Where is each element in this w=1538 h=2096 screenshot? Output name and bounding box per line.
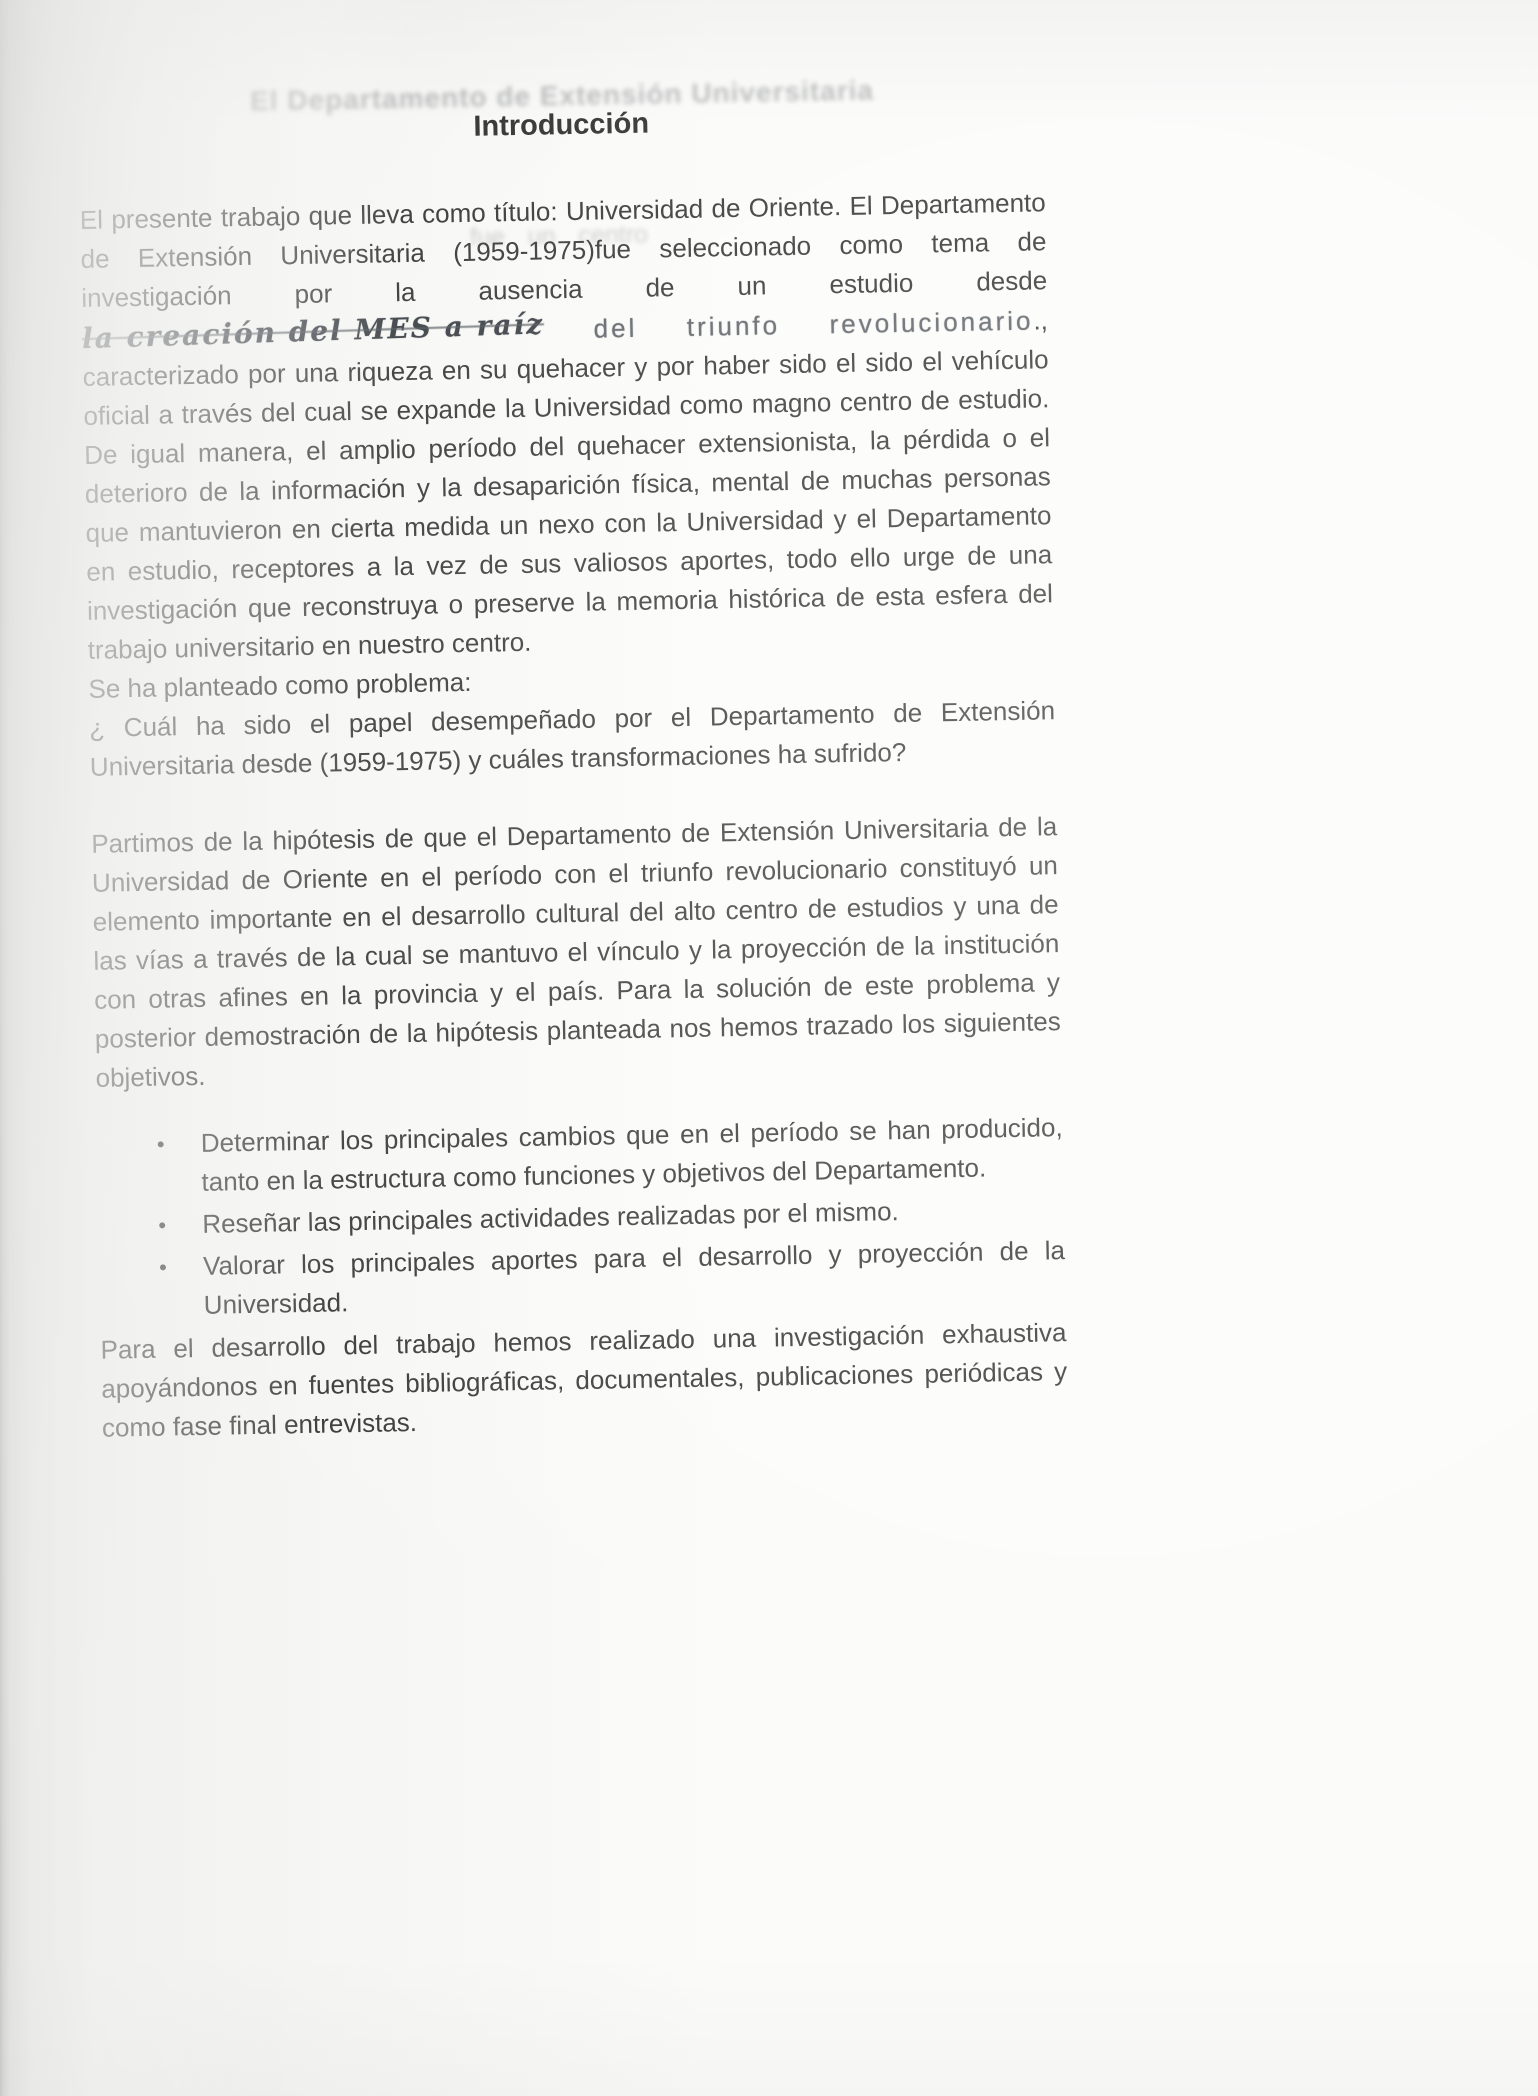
closing-paragraph: Para el desarrollo del trabajo hemos rea… [100, 1313, 1068, 1448]
document-body: Introducción El presente trabajo que lle… [78, 100, 1068, 1447]
bullet-icon: • [159, 1247, 176, 1325]
objective-text: Valorar los principales aportes para el … [203, 1231, 1066, 1325]
intro-paragraph: El presente trabajo que lleva como títul… [80, 183, 1054, 670]
hypothesis-paragraph: Partimos de la hipótesis de que el Depar… [91, 807, 1062, 1098]
bullet-icon: • [158, 1205, 175, 1244]
intro-run-2: ., caracterizado por una riqueza en su q… [82, 305, 1053, 665]
problem-question: ¿ Cuál ha sido el papel desempeñado por … [89, 691, 1056, 787]
intro-run-1: El presente trabajo que lleva como títul… [80, 187, 1048, 313]
objective-text: Determinar los principales cambios que e… [200, 1108, 1063, 1202]
pen-retraced-text: del triunfo revolucionario [544, 306, 1034, 345]
objective-item: • Determinar los principales cambios que… [156, 1108, 1063, 1203]
objectives-list: • Determinar los principales cambios que… [156, 1108, 1066, 1326]
bullet-icon: • [156, 1124, 173, 1202]
scanned-document-page: El Departamento de Extensión Universitar… [0, 0, 1538, 2096]
handwritten-annotation: la creación del MES a raíz [81, 304, 544, 358]
objective-item: • Valorar los principales aportes para e… [159, 1231, 1066, 1326]
